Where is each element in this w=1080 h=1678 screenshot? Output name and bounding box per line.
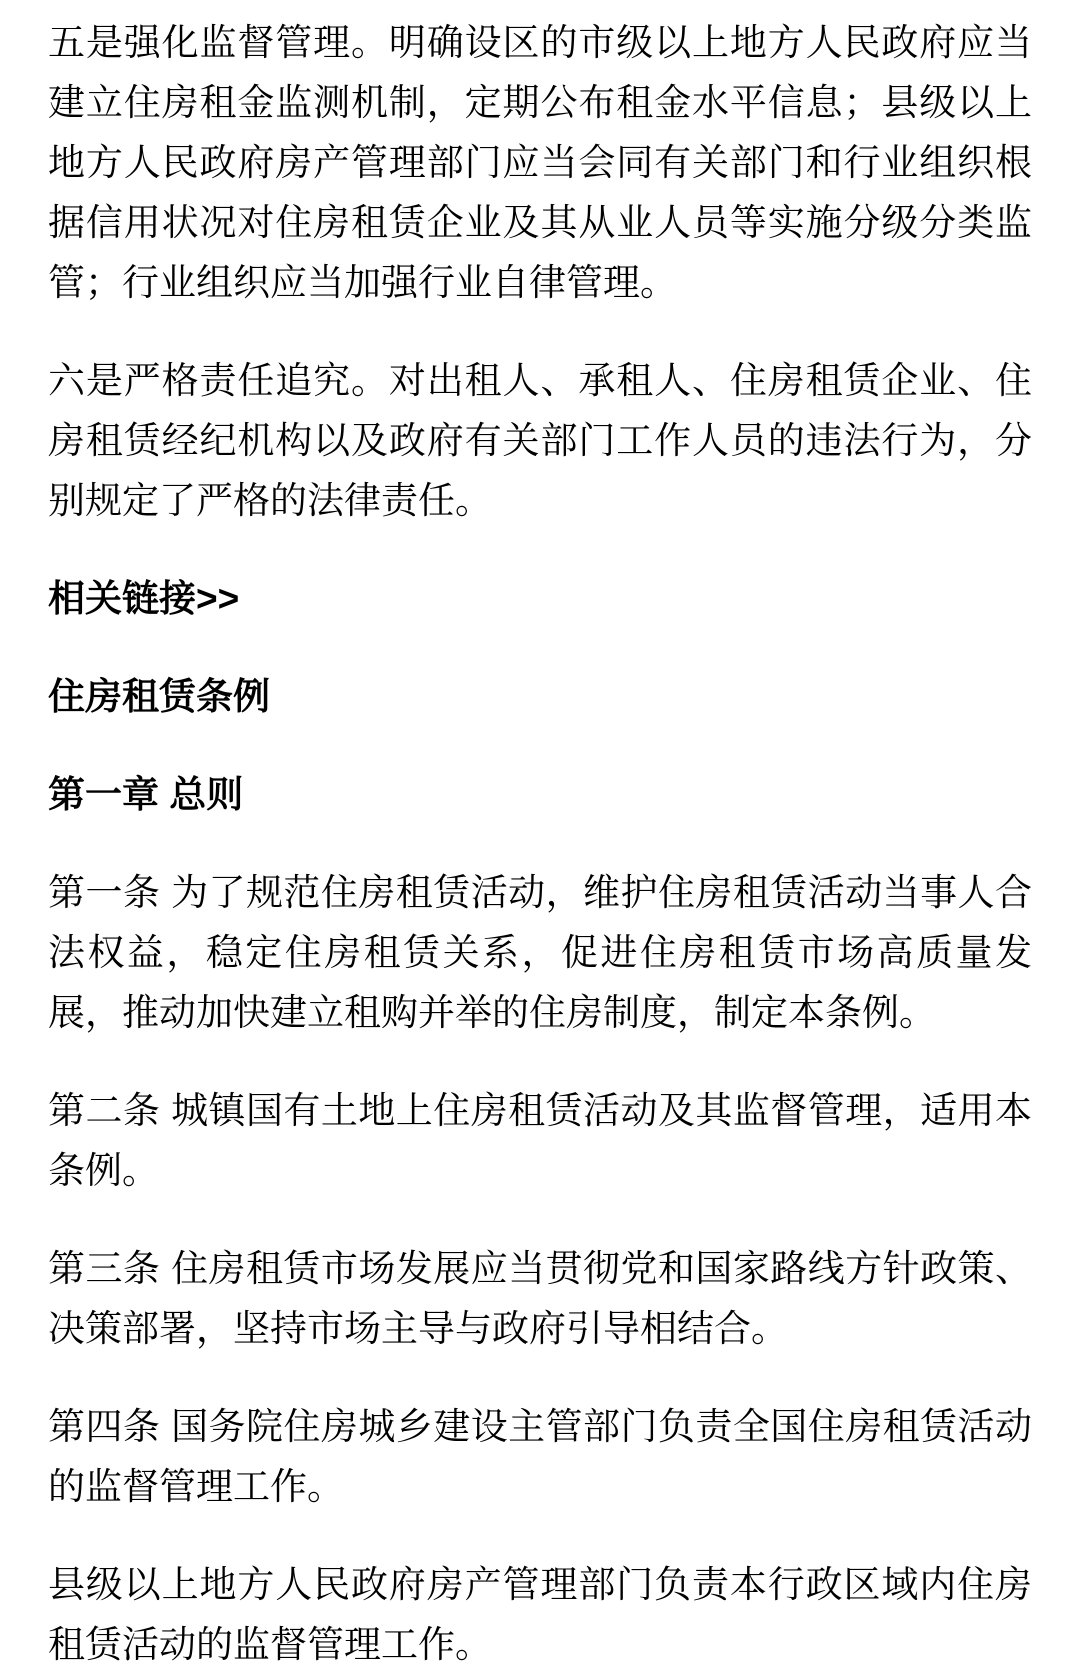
article-4-continued-text: 县级以上地方人民政府房产管理部门负责本行政区域内住房租赁活动的监督管理工作。 [48, 1555, 1032, 1675]
article-body: 五是强化监督管理。明确设区的市级以上地方人民政府应当建立住房租金监测机制，定期公… [48, 13, 1032, 1675]
article-4-text: 第四条 国务院住房城乡建设主管部门负责全国住房租赁活动的监督管理工作。 [48, 1397, 1032, 1517]
article-1-text: 第一条 为了规范住房租赁活动，维护住房租赁活动当事人合法权益，稳定住房租赁关系，… [48, 863, 1032, 1043]
article-2-text: 第二条 城镇国有土地上住房租赁活动及其监督管理，适用本条例。 [48, 1081, 1032, 1201]
para-point-five: 五是强化监督管理。明确设区的市级以上地方人民政府应当建立住房租金监测机制，定期公… [48, 13, 1032, 313]
related-links-heading: 相关链接>> [48, 569, 1032, 629]
document-page: 五是强化监督管理。明确设区的市级以上地方人民政府应当建立住房租金监测机制，定期公… [0, 0, 1080, 1678]
page: { "article": { "background_color": "#fff… [0, 0, 1080, 1678]
chapter-one-heading: 第一章 总则 [48, 765, 1032, 825]
regulation-title: 住房租赁条例 [48, 667, 1032, 727]
para-point-six: 六是严格责任追究。对出租人、承租人、住房租赁企业、住房租赁经纪机构以及政府有关部… [48, 351, 1032, 531]
article-3-text: 第三条 住房租赁市场发展应当贯彻党和国家路线方针政策、决策部署，坚持市场主导与政… [48, 1239, 1032, 1359]
